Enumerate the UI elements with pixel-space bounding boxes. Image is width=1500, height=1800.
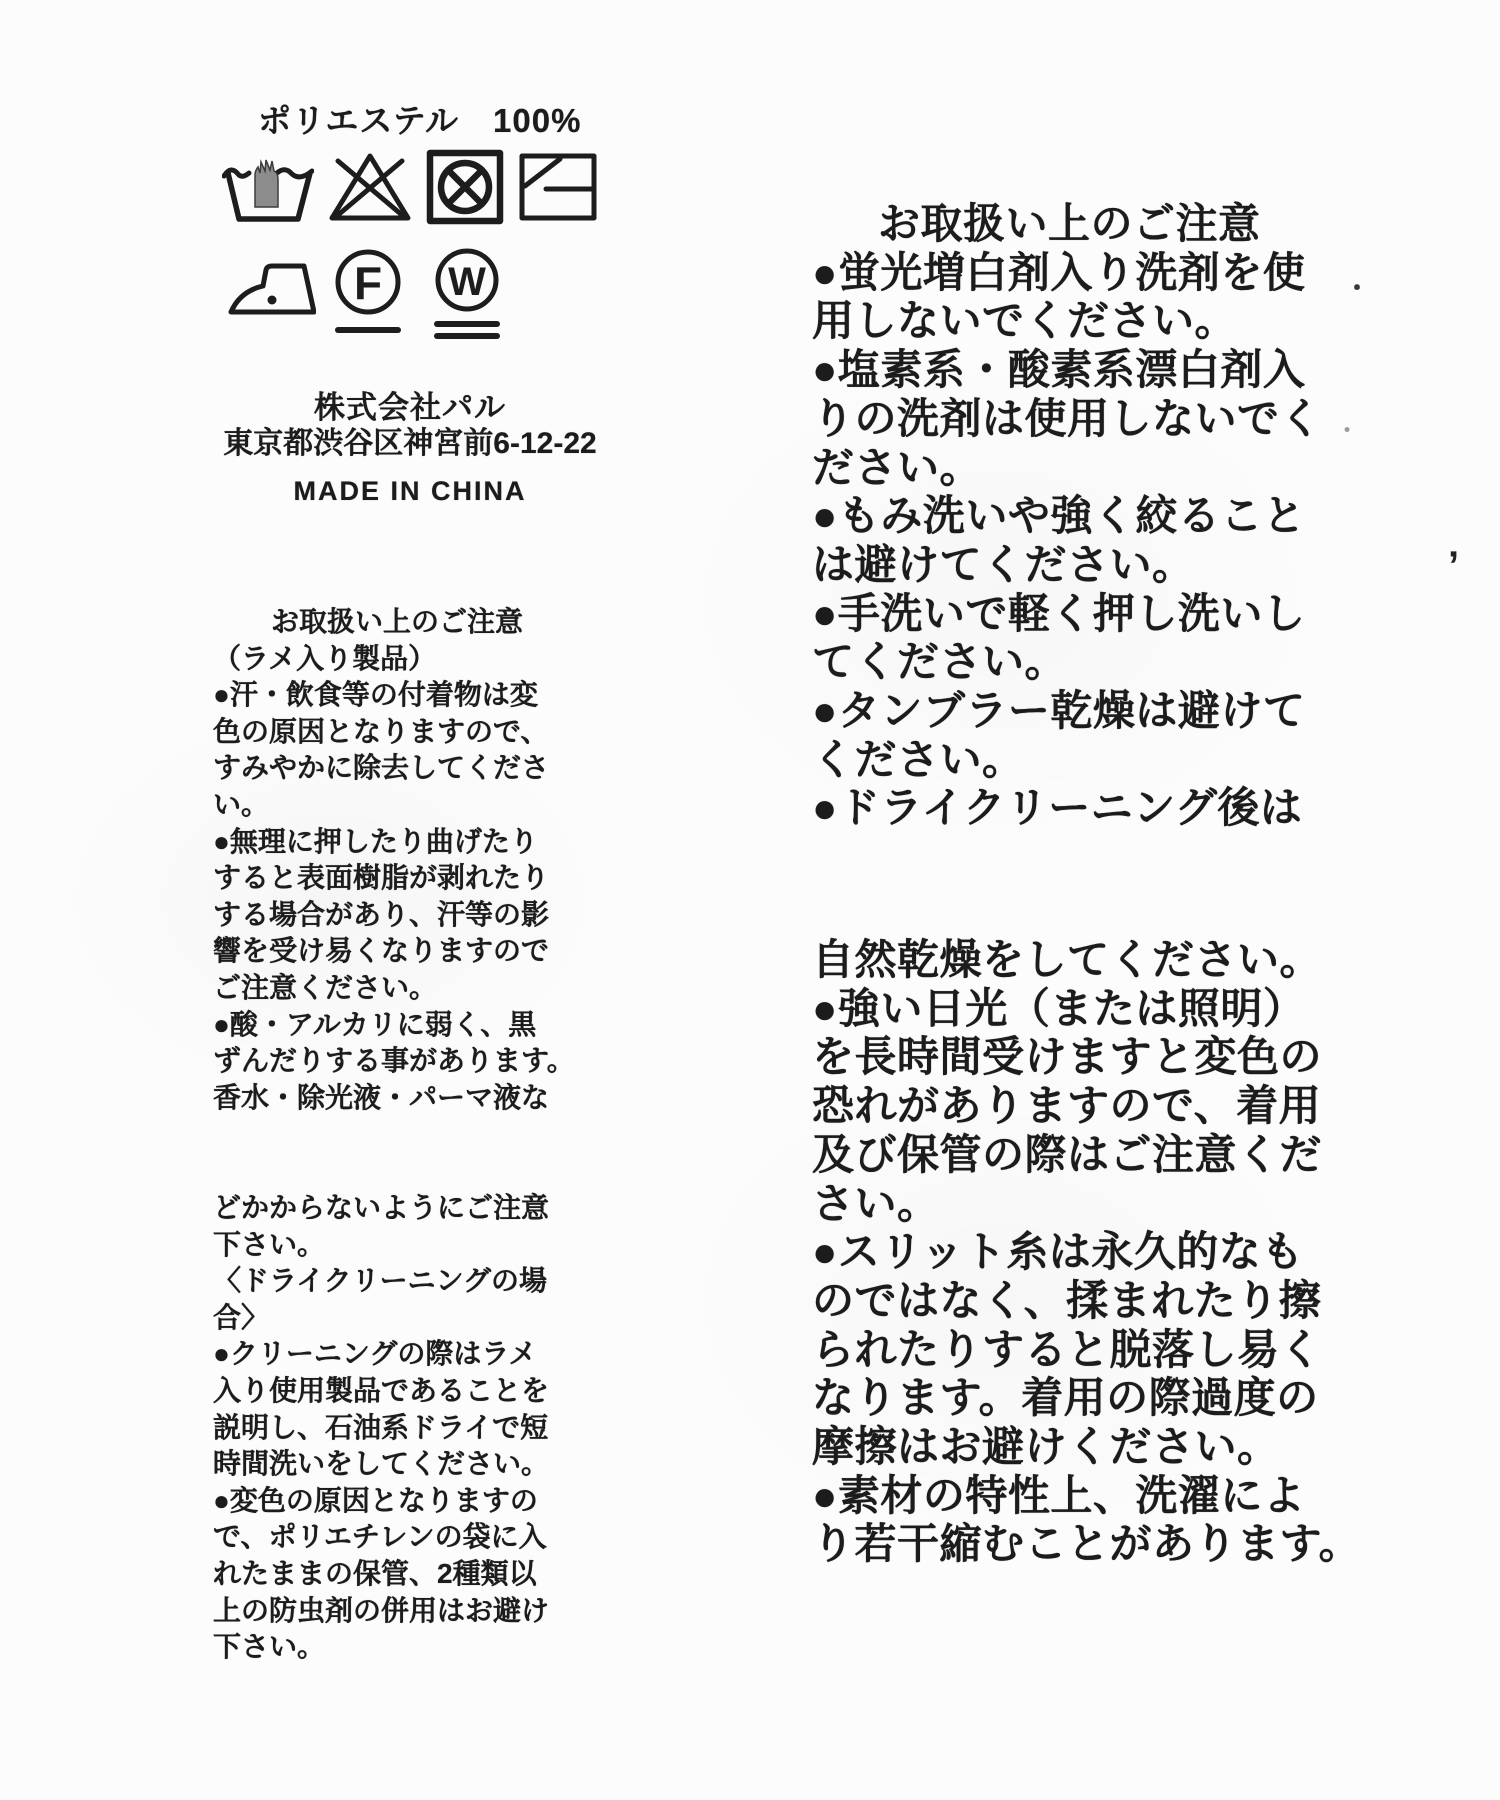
hand-wash-icon (222, 149, 314, 225)
text-line: ●酸・アルカリに弱く、黒 (213, 1007, 633, 1044)
text-line: すると表面樹脂が剥れたり (213, 860, 633, 897)
text-line: さい。 (812, 1180, 1412, 1229)
dry-clean-petroleum-icon: F (334, 246, 402, 340)
text-line: ずんだりする事があります。 (213, 1043, 633, 1080)
do-not-tumble-dry-icon (426, 149, 504, 225)
care-notice-right-lines-a: ●蛍光増白剤入り洗剤を使用しないでください。●塩素系・酸素系漂白剤入りの洗剤は使… (812, 249, 1412, 833)
text-line: ●変色の原因となりますの (213, 1483, 633, 1520)
fiber-composition: ポリエステル 100% (258, 95, 581, 142)
text-line: で、ポリエチレンの袋に入 (213, 1519, 633, 1556)
text-line: ●素材の特性上、洗濯によ (812, 1472, 1412, 1521)
text-line: 香水・除光液・パーマ液な (213, 1080, 633, 1117)
text-line: ご注意ください。 (213, 970, 633, 1007)
text-line: ●強い日光（または照明） (812, 985, 1412, 1034)
text-line: れたままの保管、2種類以 (213, 1556, 633, 1593)
text-line: 〈ドライクリーニングの場 (213, 1263, 633, 1300)
text-line: てください。 (812, 638, 1412, 687)
text-line: 色の原因となりますので、 (213, 714, 633, 751)
gentle-wet-clean-icon: W (434, 246, 500, 342)
scan-artifact: ・ (1336, 414, 1358, 445)
svg-text:F: F (354, 257, 382, 309)
text-line: 自然乾燥をしてください。 (812, 936, 1412, 985)
text-line: 時間洗いをしてください。 (213, 1446, 633, 1483)
text-line: ●手洗いで軽く押し洗いし (812, 590, 1412, 639)
text-line: 入り使用製品であることを (213, 1373, 633, 1410)
care-notice-right-lines-b: 自然乾燥をしてください。●強い日光（または照明）を長時間受けますと変色の恐れがあ… (812, 936, 1412, 1569)
text-line: 恐れがありますので、着用 (812, 1082, 1412, 1131)
text-line: を長時間受けますと変色の (812, 1033, 1412, 1082)
country-of-origin: MADE IN CHINA (170, 476, 650, 507)
text-line: り若干縮むことがあります。 (812, 1520, 1412, 1569)
text-line: ●汗・飲食等の付着物は変 (213, 677, 633, 714)
text-line: 及び保管の際はご注意くだ (812, 1131, 1412, 1180)
do-not-bleach-icon (328, 151, 412, 223)
svg-text:W: W (448, 260, 486, 304)
text-line: ●蛍光増白剤入り洗剤を使 (812, 249, 1412, 298)
text-line: 上の防虫剤の併用はお避け (213, 1593, 633, 1630)
manufacturer-address: 東京都渋谷区神宮前6-12-22 (170, 426, 650, 462)
text-line: ●スリット糸は永久的なも (812, 1228, 1412, 1277)
text-line: い。 (213, 787, 633, 824)
care-label-scan: ポリエステル 100% (0, 0, 1500, 1800)
text-line: 下さい。 (213, 1227, 633, 1264)
text-line: すみやかに除去してくださ (213, 750, 633, 787)
text-line: 響を受け易くなりますので (213, 933, 633, 970)
text-line: ださい。 (812, 444, 1412, 493)
text-line: なります。着用の際過度の (812, 1374, 1412, 1423)
text-line: ●塩素系・酸素系漂白剤入 (812, 346, 1412, 395)
care-notice-left-upper: お取扱い上のご注意 （ラメ入り製品）●汗・飲食等の付着物は変色の原因となりますの… (213, 604, 633, 1116)
text-line: ●タンブラー乾燥は避けて (812, 687, 1412, 736)
text-line: ●無理に押したり曲げたり (213, 824, 633, 861)
care-notice-right-upper: お取扱い上のご注意 ●蛍光増白剤入り洗剤を使用しないでください。●塩素系・酸素系… (812, 200, 1412, 833)
manufacturer-name: 株式会社パル (170, 390, 650, 426)
text-line: する場合があり、汗等の影 (213, 897, 633, 934)
care-notice-left-title: お取扱い上のご注意 (213, 604, 633, 641)
care-symbols-row-1 (222, 148, 598, 226)
scan-artifact: ・ (1344, 268, 1370, 305)
text-line: ください。 (812, 736, 1412, 785)
text-line: のではなく、揉まれたり擦 (812, 1277, 1412, 1326)
care-notice-left-lines-a: （ラメ入り製品）●汗・飲食等の付着物は変色の原因となりますので、すみやかに除去し… (213, 641, 633, 1117)
care-notice-left-lines-b: どかからないようにご注意下さい。〈ドライクリーニングの場合〉●クリーニングの際は… (213, 1190, 633, 1666)
care-notice-right-lower: 自然乾燥をしてください。●強い日光（または照明）を長時間受けますと変色の恐れがあ… (812, 936, 1412, 1569)
text-line: （ラメ入り製品） (213, 641, 633, 678)
dry-flat-in-shade-icon (518, 152, 598, 222)
iron-low-heat-icon (228, 252, 316, 316)
manufacturer-block: 株式会社パル 東京都渋谷区神宮前6-12-22 MADE IN CHINA (170, 390, 650, 507)
text-line: ●クリーニングの際はラメ (213, 1336, 633, 1373)
care-notice-right-title: お取扱い上のご注意 (812, 200, 1412, 249)
text-line: ●もみ洗いや強く絞ること (812, 492, 1412, 541)
care-symbols-row-2: F W (228, 246, 500, 342)
text-line: りの洗剤は使用しないでく (812, 395, 1412, 444)
text-line: 合〉 (213, 1300, 633, 1337)
care-notice-left-lower: どかからないようにご注意下さい。〈ドライクリーニングの場合〉●クリーニングの際は… (213, 1190, 633, 1666)
scan-artifact: ’ (1448, 544, 1459, 589)
text-line: 下さい。 (213, 1629, 633, 1666)
text-line: 摩擦はお避けください。 (812, 1423, 1412, 1472)
text-line: どかからないようにご注意 (213, 1190, 633, 1227)
text-line: ●ドライクリーニング後は (812, 784, 1412, 833)
text-line: られたりすると脱落し易く (812, 1326, 1412, 1375)
text-line: 用しないでください。 (812, 297, 1412, 346)
text-line: 説明し、石油系ドライで短 (213, 1410, 633, 1447)
text-line: は避けてください。 (812, 541, 1412, 590)
